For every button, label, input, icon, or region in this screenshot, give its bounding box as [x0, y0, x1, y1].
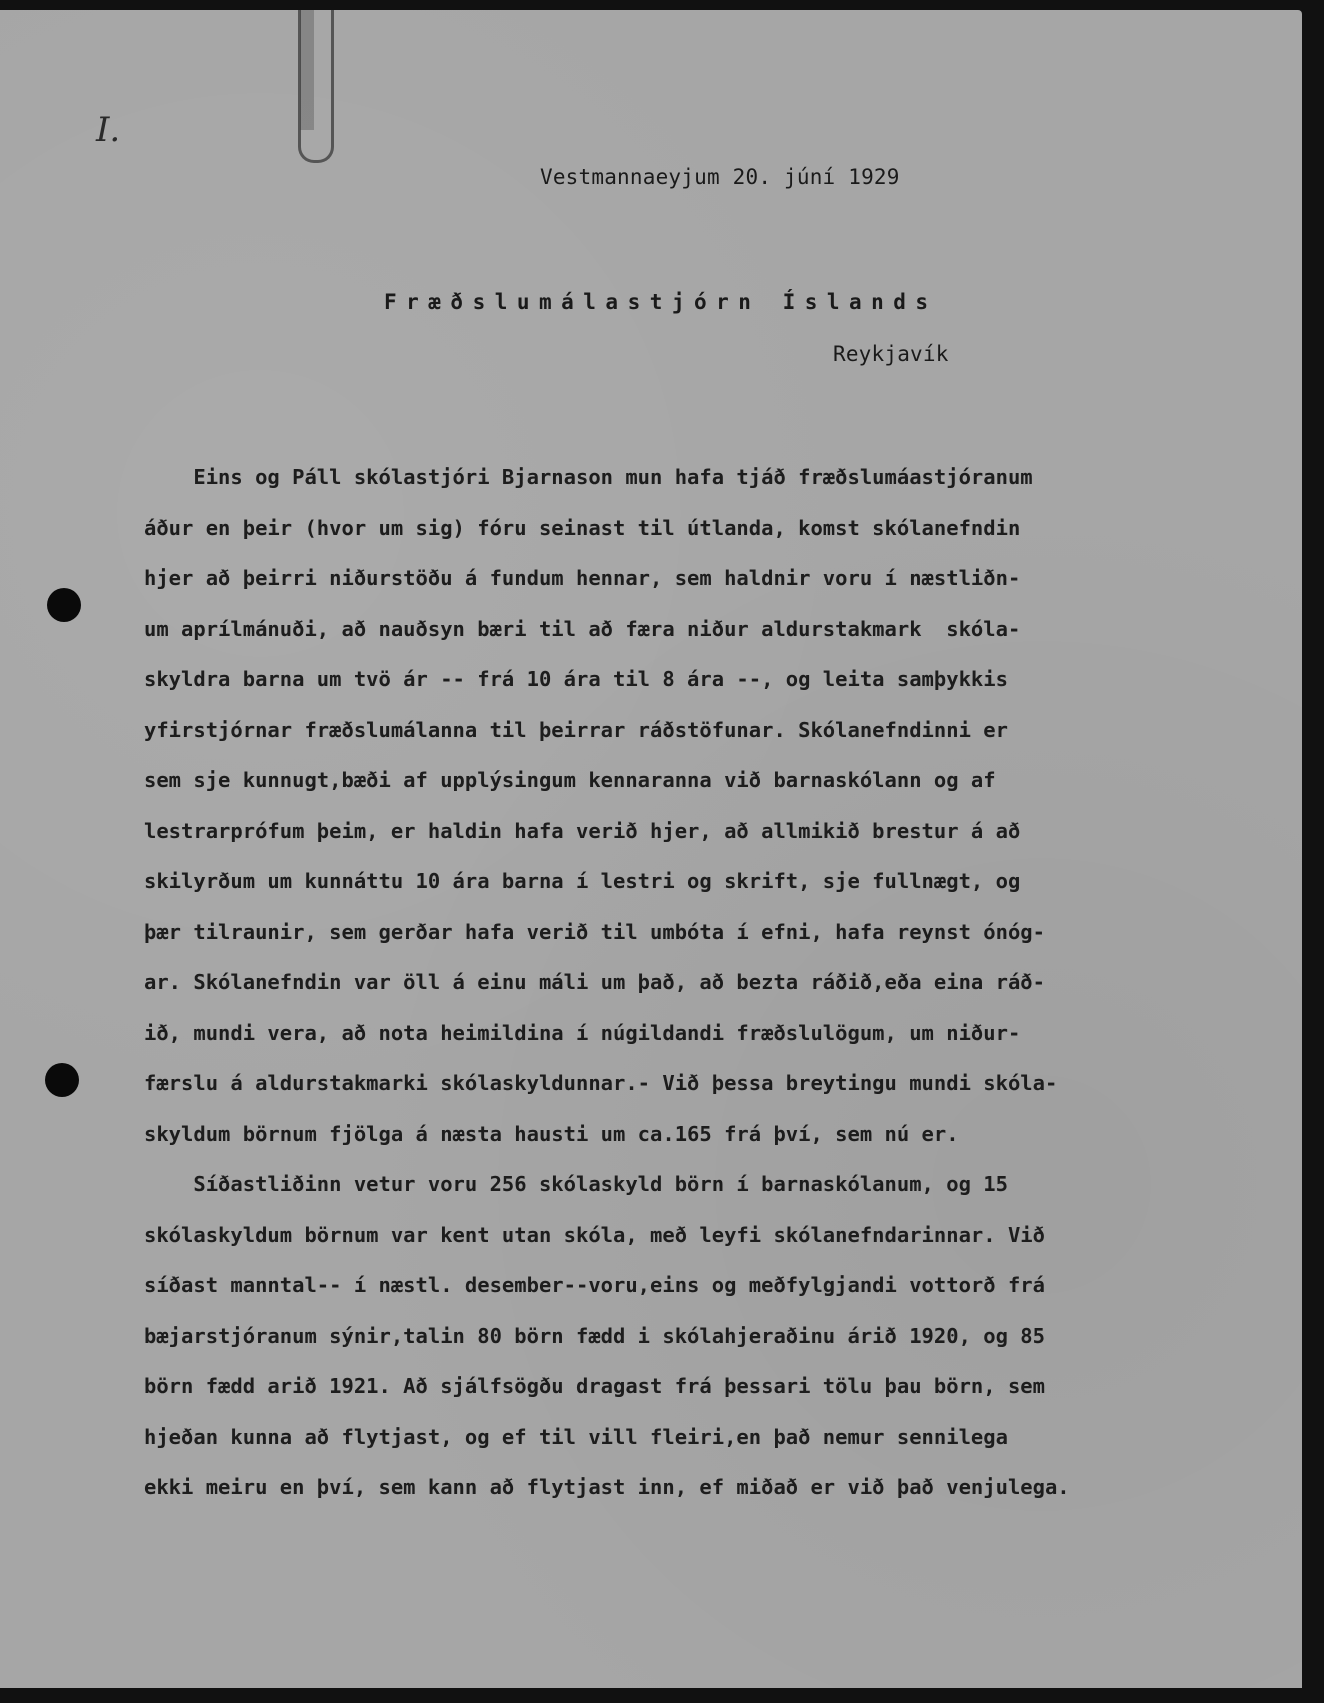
letter-page: I. Vestmannaeyjum 20. júní 1929 Fræðslum…	[0, 10, 1302, 1688]
text-line: Síðastliðinn vetur voru 256 skólaskyld b…	[144, 1172, 1264, 1223]
text-line: skyldra barna um tvö ár -- frá 10 ára ti…	[144, 667, 1264, 718]
text-line: þær tilraunir, sem gerðar hafa verið til…	[144, 920, 1264, 971]
text-line: börn fædd arið 1921. Að sjálfsögðu draga…	[144, 1374, 1264, 1425]
text-line: bæjarstjóranum sýnir,talin 80 börn fædd …	[144, 1324, 1264, 1375]
text-line: hjeðan kunna að flytjast, og ef til vill…	[144, 1425, 1264, 1476]
punch-hole-icon	[45, 1063, 79, 1097]
handwritten-page-mark: I.	[96, 110, 120, 150]
text-line: ar. Skólanefndin var öll á einu máli um …	[144, 970, 1264, 1021]
text-line: lestrarprófum þeim, er haldin hafa verið…	[144, 819, 1264, 870]
recipient-name: Fræðslumálastjórn Íslands	[384, 290, 938, 314]
paragraph-1: Eins og Páll skólastjóri Bjarnason mun h…	[144, 465, 1264, 1172]
paper-clip-icon	[298, 10, 334, 163]
text-line: áður en þeir (hvor um sig) fóru seinast …	[144, 516, 1264, 567]
text-line: um aprílmánuði, að nauðsyn bæri til að f…	[144, 617, 1264, 668]
text-line: hjer að þeirri niðurstöðu á fundum henna…	[144, 566, 1264, 617]
text-line: skyldum börnum fjölga á næsta hausti um …	[144, 1122, 1264, 1173]
text-line: síðast manntal-- í næstl. desember--voru…	[144, 1273, 1264, 1324]
text-line: skólaskyldum börnum var kent utan skóla,…	[144, 1223, 1264, 1274]
text-line: færslu á aldurstakmarki skólaskyldunnar.…	[144, 1071, 1264, 1122]
text-line: Eins og Páll skólastjóri Bjarnason mun h…	[144, 465, 1264, 516]
letter-body: Eins og Páll skólastjóri Bjarnason mun h…	[144, 465, 1264, 1526]
paragraph-2: Síðastliðinn vetur voru 256 skólaskyld b…	[144, 1172, 1264, 1526]
text-line: ekki meiru en því, sem kann að flytjast …	[144, 1475, 1264, 1526]
punch-hole-icon	[47, 588, 81, 622]
text-line: skilyrðum um kunnáttu 10 ára barna í les…	[144, 869, 1264, 920]
text-line: ið, mundi vera, að nota heimildina í núg…	[144, 1021, 1264, 1072]
text-line: sem sje kunnugt,bæði af upplýsingum kenn…	[144, 768, 1264, 819]
date-line: Vestmannaeyjum 20. júní 1929	[540, 165, 900, 189]
text-line: yfirstjórnar fræðslumálanna til þeirrar …	[144, 718, 1264, 769]
recipient-city: Reykjavík	[833, 342, 949, 366]
